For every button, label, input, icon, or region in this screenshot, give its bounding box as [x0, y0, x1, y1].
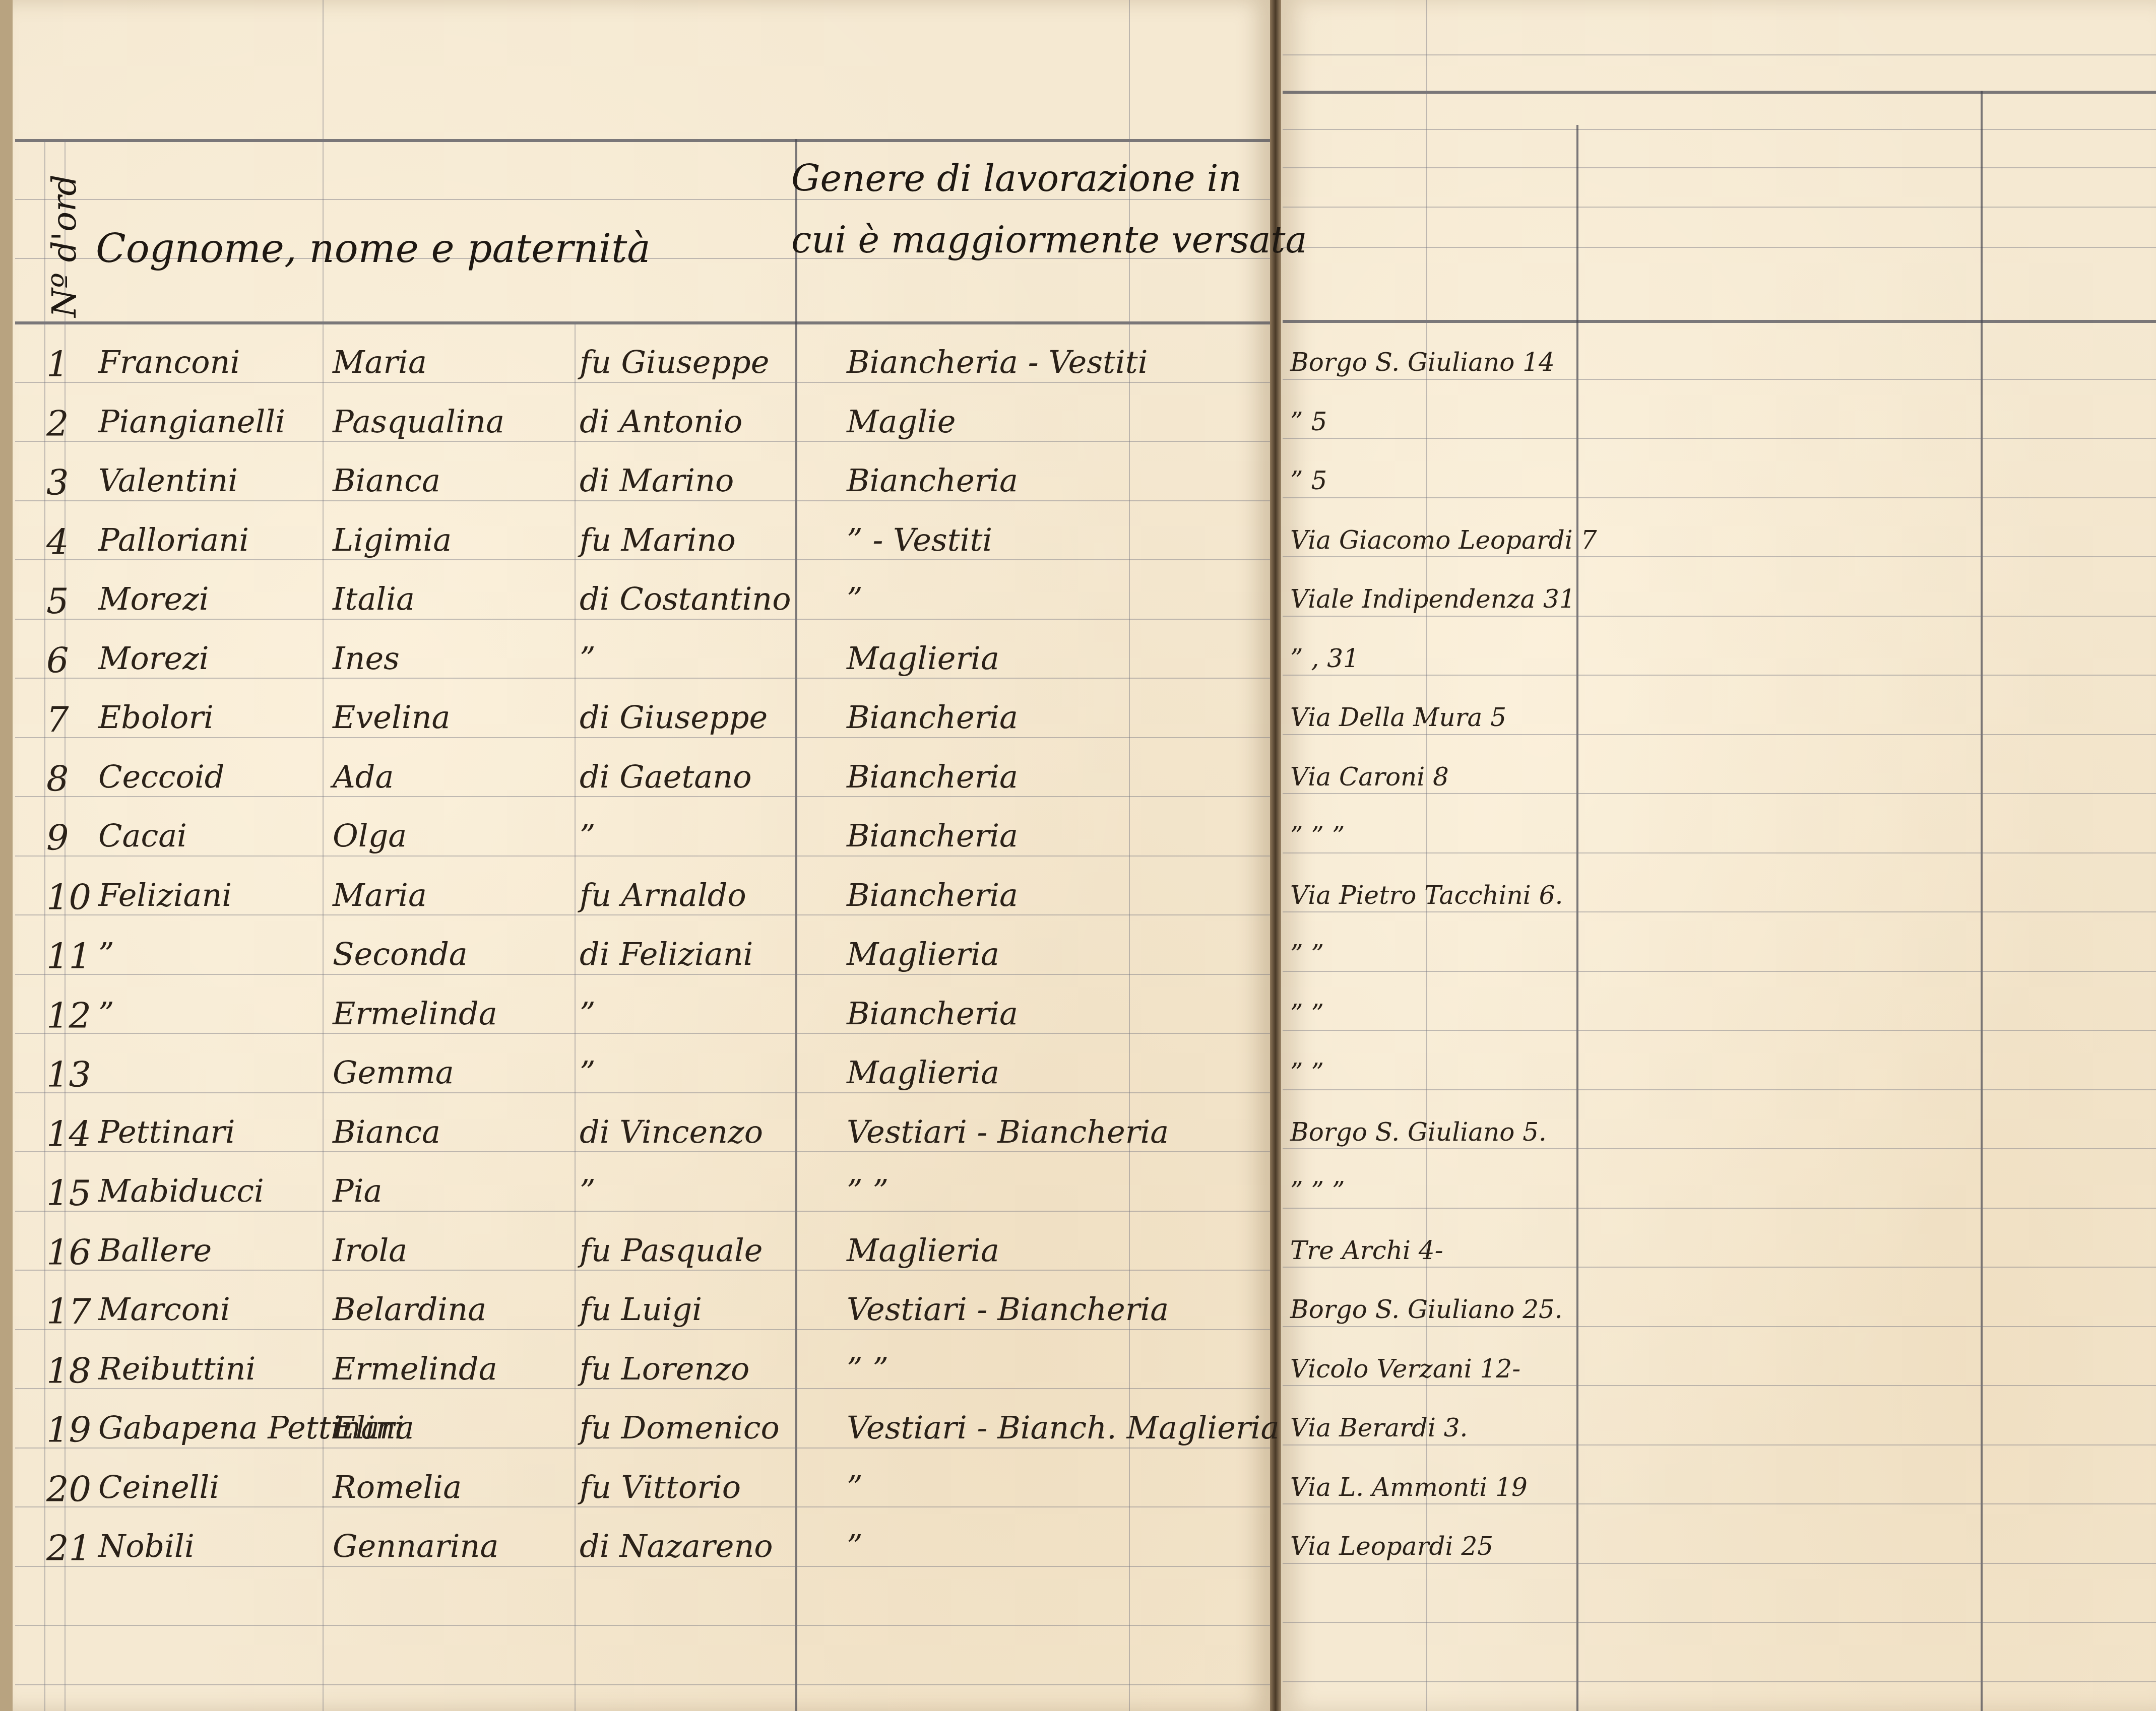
row-number: 5: [46, 583, 69, 619]
row-work-type: ” - Vestiti: [847, 524, 992, 556]
row-rule: [1283, 971, 2156, 972]
header-work-column-line2: cui è maggiormente versata: [791, 222, 1307, 258]
rule-line: [1283, 129, 2156, 130]
row-paternity: di Feliziani: [580, 939, 753, 970]
row-rule: [15, 1447, 1270, 1449]
table-top-border: [15, 139, 1270, 142]
row-paternity: fu Pasquale: [580, 1235, 763, 1266]
row-number: 15: [46, 1175, 91, 1211]
row-first-name: Ermelinda: [333, 1353, 497, 1385]
row-rule: [15, 796, 1270, 797]
row-surname: Morezi: [98, 643, 209, 674]
row-rule: [1283, 1089, 2156, 1090]
row-rule: [1283, 438, 2156, 439]
row-paternity: ”: [580, 1175, 596, 1207]
row-number: 16: [46, 1235, 91, 1270]
row-surname: Nobili: [98, 1531, 195, 1562]
row-work-type: Biancheria - Vestiti: [847, 347, 1148, 378]
column-divider: [44, 139, 45, 1711]
row-rule: [1283, 1208, 2156, 1209]
row-surname: Marconi: [98, 1294, 230, 1325]
row-rule: [1283, 911, 2156, 912]
row-rule: [15, 1684, 1270, 1685]
row-paternity: ”: [580, 820, 596, 851]
row-rule: [15, 382, 1270, 383]
header-work-column-line1: Genere di lavorazione in: [791, 160, 1242, 196]
row-paternity: ”: [580, 1057, 596, 1088]
row-rule: [15, 914, 1270, 915]
row-rule: [1283, 675, 2156, 676]
row-rule: [1283, 793, 2156, 794]
row-address: Tre Archi 4-: [1290, 1238, 1443, 1263]
row-paternity: fu Vittorio: [580, 1472, 741, 1503]
row-first-name: Maria: [333, 347, 427, 378]
row-paternity: di Gaetano: [580, 761, 752, 793]
row-rule: [1283, 1622, 2156, 1623]
row-surname: Piangianelli: [98, 406, 285, 437]
row-number: 7: [46, 702, 69, 737]
row-address: Borgo S. Giuliano 5.: [1290, 1120, 1547, 1145]
row-surname: Feliziani: [98, 880, 232, 911]
row-number: 18: [46, 1353, 91, 1389]
row-address: Via Berardi 3.: [1290, 1415, 1468, 1440]
header-bottom-border: [1283, 320, 2156, 323]
header-name-column: Cognome, nome e paternità: [96, 229, 651, 269]
row-rule: [15, 678, 1270, 679]
row-first-name: Ligimia: [333, 524, 452, 556]
row-first-name: Gemma: [333, 1057, 454, 1088]
row-rule: [1283, 1444, 2156, 1445]
row-rule: [1283, 1681, 2156, 1682]
row-rule: [1283, 497, 2156, 498]
row-rule: [15, 1033, 1270, 1034]
row-work-type: ”: [847, 1531, 863, 1562]
row-surname: Cacai: [98, 820, 187, 851]
row-address: Borgo S. Giuliano 14: [1290, 350, 1555, 375]
row-rule: [15, 441, 1270, 442]
row-work-type: ” ”: [847, 1175, 889, 1207]
row-number: 1: [46, 347, 69, 382]
row-work-type: ”: [847, 1472, 863, 1503]
header-number-column: Nº d'ord: [48, 174, 81, 317]
row-address: ” , 31: [1290, 646, 1359, 671]
column-divider: [1426, 0, 1427, 1711]
row-paternity: ”: [580, 643, 596, 674]
row-rule: [1283, 734, 2156, 735]
row-first-name: Ada: [333, 761, 394, 793]
row-paternity: di Antonio: [580, 406, 742, 437]
row-first-name: Belardina: [333, 1294, 486, 1325]
row-first-name: Ines: [333, 643, 400, 674]
row-address: ” ”: [1290, 1060, 1324, 1085]
row-paternity: di Marino: [580, 465, 734, 496]
row-work-type: Biancheria: [847, 820, 1018, 851]
row-rule: [1283, 1563, 2156, 1564]
row-surname: Morezi: [98, 583, 209, 615]
row-rule: [15, 1151, 1270, 1152]
row-rule: [15, 1506, 1270, 1507]
row-work-type: Biancheria: [847, 761, 1018, 793]
row-paternity: di Vincenzo: [580, 1116, 763, 1148]
row-rule: [15, 500, 1270, 501]
row-first-name: Maria: [333, 880, 427, 911]
row-surname: ”: [98, 939, 114, 970]
row-first-name: Evelina: [333, 702, 451, 733]
row-number: 4: [46, 524, 69, 560]
row-work-type: Maglieria: [847, 643, 999, 674]
row-work-type: Maglieria: [847, 1057, 999, 1088]
row-number: 12: [46, 998, 91, 1033]
row-rule: [15, 619, 1270, 620]
row-rule: [15, 1388, 1270, 1389]
book-edge: [0, 0, 13, 1711]
row-first-name: Olga: [333, 820, 407, 851]
column-divider: [795, 139, 797, 1711]
row-address: ” ” ”: [1290, 823, 1345, 848]
row-rule: [15, 1625, 1270, 1626]
row-rule: [15, 1329, 1270, 1330]
row-surname: Pettinari: [98, 1116, 235, 1148]
table-top-border: [1283, 91, 2156, 94]
row-rule: [15, 1566, 1270, 1567]
row-number: 19: [46, 1412, 91, 1447]
row-work-type: Maglieria: [847, 1235, 999, 1266]
row-number: 21: [46, 1531, 91, 1566]
row-number: 14: [46, 1116, 91, 1152]
row-work-type: Biancheria: [847, 702, 1018, 733]
row-paternity: ”: [580, 998, 596, 1029]
row-number: 8: [46, 761, 69, 797]
header-bottom-border: [15, 321, 1270, 324]
row-address: Viale Indipendenza 31: [1290, 586, 1575, 612]
row-work-type: Vestiari - Biancheria: [847, 1294, 1169, 1325]
row-first-name: Bianca: [333, 1116, 440, 1148]
row-rule: [15, 737, 1270, 738]
row-work-type: ” ”: [847, 1353, 889, 1385]
row-address: Borgo S. Giuliano 25.: [1290, 1297, 1563, 1322]
row-surname: Gabapena Pettinari: [98, 1412, 325, 1443]
row-work-type: Biancheria: [847, 998, 1018, 1029]
row-surname: Mabiducci: [98, 1175, 264, 1207]
row-first-name: Italia: [333, 583, 415, 615]
row-address: Via Della Mura 5: [1290, 705, 1506, 730]
row-number: 20: [46, 1472, 91, 1507]
row-address: ” 5: [1290, 409, 1327, 434]
row-number: 10: [46, 880, 91, 915]
row-first-name: Pasqualina: [333, 406, 504, 437]
row-rule: [1283, 1503, 2156, 1504]
row-rule: [1283, 852, 2156, 853]
row-paternity: fu Luigi: [580, 1294, 702, 1325]
row-number: 11: [46, 939, 91, 974]
row-rule: [15, 559, 1270, 560]
column-divider: [1576, 125, 1578, 1711]
column-divider: [575, 321, 576, 1711]
row-surname: Ballere: [98, 1235, 212, 1266]
row-first-name: Ermelinda: [333, 998, 497, 1029]
row-work-type: Vestiari - Biancheria: [847, 1116, 1169, 1148]
row-address: Via Caroni 8: [1290, 764, 1449, 789]
row-paternity: fu Lorenzo: [580, 1353, 749, 1385]
rule-line: [1283, 207, 2156, 208]
row-first-name: Gennarina: [333, 1531, 498, 1562]
row-rule: [1283, 1148, 2156, 1149]
row-address: Vicolo Verzani 12-: [1290, 1356, 1520, 1381]
row-surname: Reibuttini: [98, 1353, 256, 1385]
row-rule: [15, 974, 1270, 975]
row-address: ” ”: [1290, 1001, 1324, 1026]
row-number: 9: [46, 820, 69, 855]
row-rule: [15, 1211, 1270, 1212]
rule-line: [1283, 54, 2156, 55]
row-paternity: di Costantino: [580, 583, 791, 615]
row-address: ” ”: [1290, 942, 1324, 967]
row-first-name: Bianca: [333, 465, 440, 496]
row-rule: [15, 1092, 1270, 1093]
row-rule: [1283, 1385, 2156, 1386]
row-rule: [15, 1270, 1270, 1271]
row-work-type: Maglieria: [847, 939, 999, 970]
row-address: Via Pietro Tacchini 6.: [1290, 883, 1563, 908]
row-surname: Valentini: [98, 465, 238, 496]
row-first-name: Irola: [333, 1235, 407, 1266]
row-rule: [1283, 556, 2156, 557]
row-surname: Ceccoid: [98, 761, 224, 793]
row-address: Via Giacomo Leopardi 7: [1290, 528, 1597, 553]
row-number: 13: [46, 1057, 91, 1092]
rule-line: [1283, 167, 2156, 168]
row-number: 6: [46, 643, 69, 678]
row-address: ” ” ”: [1290, 1178, 1345, 1204]
row-surname: ”: [98, 998, 114, 1029]
row-paternity: fu Marino: [580, 524, 736, 556]
row-work-type: Vestiari - Bianch. Maglieria: [847, 1412, 1279, 1443]
row-surname: Ebolori: [98, 702, 214, 733]
row-surname: Ceinelli: [98, 1472, 219, 1503]
row-work-type: Maglie: [847, 406, 956, 437]
row-paternity: fu Arnaldo: [580, 880, 746, 911]
row-rule: [15, 855, 1270, 857]
row-number: 3: [46, 465, 69, 500]
rule-line: [1283, 247, 2156, 248]
row-paternity: fu Giuseppe: [580, 347, 769, 378]
row-paternity: di Nazareno: [580, 1531, 773, 1562]
row-rule: [1283, 379, 2156, 380]
row-address: Via Leopardi 25: [1290, 1534, 1493, 1559]
row-rule: [1283, 1326, 2156, 1327]
row-address: Via L. Ammonti 19: [1290, 1475, 1528, 1500]
right-page: [1280, 0, 2156, 1711]
row-rule: [1283, 616, 2156, 617]
row-paternity: fu Domenico: [580, 1412, 780, 1443]
row-rule: [1283, 1267, 2156, 1268]
row-work-type: Biancheria: [847, 880, 1018, 911]
row-work-type: Biancheria: [847, 465, 1018, 496]
column-divider: [1981, 91, 1983, 1711]
row-first-name: Romelia: [333, 1472, 462, 1503]
row-first-name: Seconda: [333, 939, 468, 970]
row-first-name: Elina: [333, 1412, 414, 1443]
row-first-name: Pia: [333, 1175, 383, 1207]
row-paternity: di Giuseppe: [580, 702, 768, 733]
row-address: ” 5: [1290, 468, 1327, 493]
row-work-type: ”: [847, 583, 863, 615]
row-rule: [1283, 1030, 2156, 1031]
row-surname: Palloriani: [98, 524, 249, 556]
row-number: 17: [46, 1294, 91, 1329]
row-number: 2: [46, 406, 69, 441]
row-surname: Franconi: [98, 347, 240, 378]
